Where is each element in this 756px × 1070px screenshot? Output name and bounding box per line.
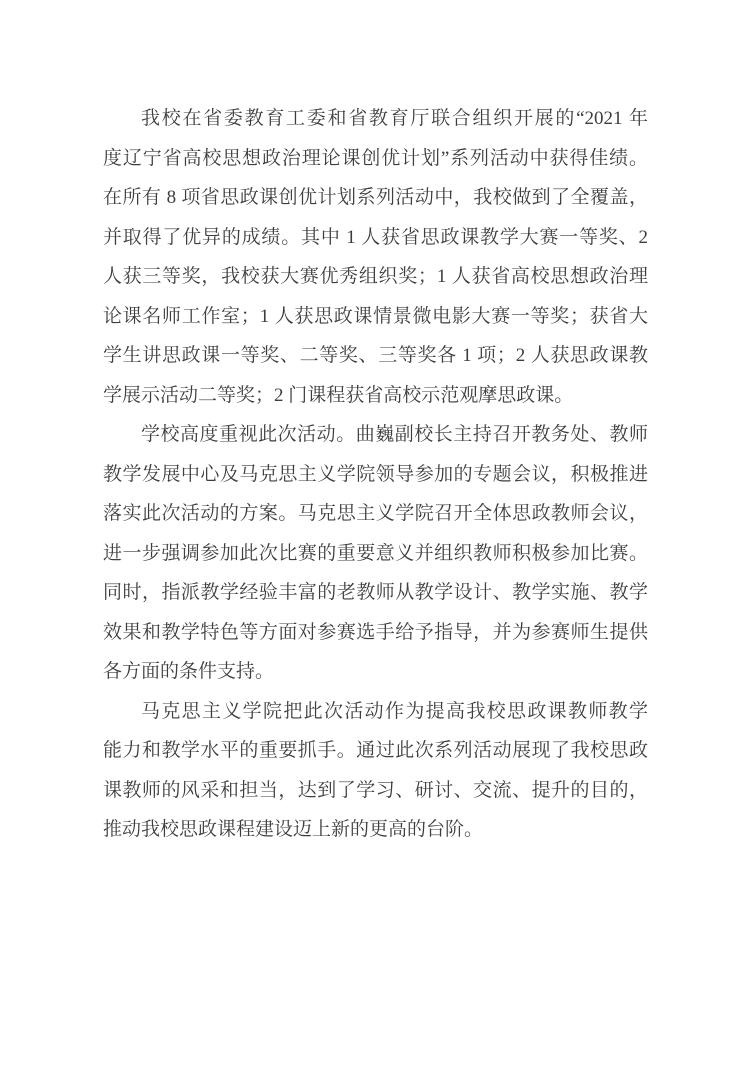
text-line: 学校高度重视此次活动。曲巍副校长主持召开教务处、教师 — [103, 415, 648, 455]
text-line: 度辽宁省高校思想政治理论课创优计划”系列活动中获得佳绩。 — [103, 139, 648, 179]
text-line: 马克思主义学院把此次活动作为提高我校思政课教师教学 — [103, 692, 648, 732]
text-line: 在所有 8 项省思政课创优计划系列活动中，我校做到了全覆盖， — [103, 178, 648, 218]
text-line: 并取得了优异的成绩。其中 1 人获省思政课教学大赛一等奖、2 — [103, 218, 648, 258]
text-line: 同时，指派教学经验丰富的老教师从教学设计、教学实施、教学 — [103, 573, 648, 613]
text-line: 人获三等奖，我校获大赛优秀组织奖；1 人获省高校思想政治理 — [103, 257, 648, 297]
text-line: 各方面的条件支持。 — [103, 652, 648, 692]
text-line: 进一步强调参加此次比赛的重要意义并组织教师积极参加比赛。 — [103, 534, 648, 574]
text-line: 我校在省委教育工委和省教育厅联合组织开展的“2021 年 — [103, 99, 648, 139]
text-line: 课教师的风采和担当，达到了学习、研讨、交流、提升的目的， — [103, 771, 648, 811]
document-page: 我校在省委教育工委和省教育厅联合组织开展的“2021 年 度辽宁省高校思想政治理… — [0, 0, 756, 1070]
text-line: 学生讲思政课一等奖、二等奖、三等奖各 1 项；2 人获思政课教 — [103, 336, 648, 376]
text-line: 教学发展中心及马克思主义学院领导参加的专题会议，积极推进 — [103, 455, 648, 495]
text-line: 学展示活动二等奖；2 门课程获省高校示范观摩思政课。 — [103, 376, 648, 416]
paragraph-3: 马克思主义学院把此次活动作为提高我校思政课教师教学 能力和教学水平的重要抓手。通… — [103, 692, 648, 850]
text-line: 论课名师工作室；1 人获思政课情景微电影大赛一等奖；获省大 — [103, 297, 648, 337]
paragraph-2: 学校高度重视此次活动。曲巍副校长主持召开教务处、教师 教学发展中心及马克思主义学… — [103, 415, 648, 692]
text-line: 推动我校思政课程建设迈上新的更高的台阶。 — [103, 810, 648, 850]
text-line: 能力和教学水平的重要抓手。通过此次系列活动展现了我校思政 — [103, 731, 648, 771]
paragraph-1: 我校在省委教育工委和省教育厅联合组织开展的“2021 年 度辽宁省高校思想政治理… — [103, 99, 648, 415]
document-text-body: 我校在省委教育工委和省教育厅联合组织开展的“2021 年 度辽宁省高校思想政治理… — [103, 99, 648, 850]
text-line: 落实此次活动的方案。马克思主义学院召开全体思政教师会议， — [103, 494, 648, 534]
text-line: 效果和教学特色等方面对参赛选手给予指导，并为参赛师生提供 — [103, 613, 648, 653]
